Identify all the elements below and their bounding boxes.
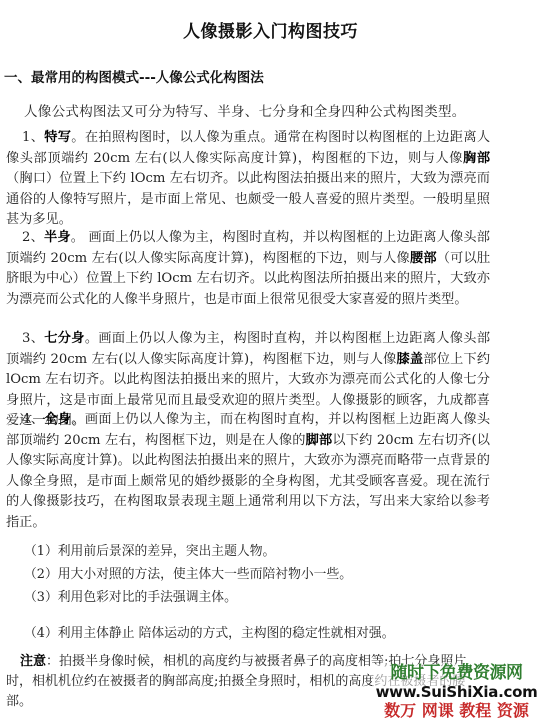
- item-term: 半身: [44, 230, 71, 245]
- intro-paragraph: 人像公式构图法又可分为特写、半身、七分身和全身四种公式构图类型。: [24, 100, 466, 120]
- method-item: （3）利用色彩对比的手法强调主体。: [24, 586, 237, 605]
- item-term: 全身: [44, 412, 71, 427]
- emphasis-text: 腰部: [410, 251, 437, 266]
- method-item: （2）用大小对照的方法，使主体大一些而陪衬物小一些。: [24, 563, 352, 582]
- watermark-tagline: 数万 网课 教程 资源: [372, 701, 541, 720]
- emphasis-text: 脚部: [306, 433, 333, 448]
- method-item: （1）利用前后景深的差异，突出主题人物。: [24, 540, 275, 559]
- paragraph-text: 。在拍照构图时，以人像为重点。通常在构图时以构图框的上边距离人像头部顶端约 20…: [6, 130, 490, 166]
- method-item: （4）利用主体静止 陪体运动的方式，主构图的稳定性就相对强。: [24, 622, 395, 641]
- paragraph-half-body: 2、半身。 画面上仍以人像为主，构图时直构，并以构图框的上边距离人像头部顶端约 …: [6, 228, 490, 310]
- watermark-site-name: 随时下免费资源网: [372, 664, 541, 683]
- item-term: 特写: [44, 130, 71, 145]
- item-number: 2、: [22, 230, 44, 245]
- item-number: 3、: [22, 331, 44, 346]
- emphasis-text: 胸部: [463, 151, 490, 166]
- item-number: 1、: [22, 130, 44, 145]
- watermark: 随时下免费资源网 www.SuiShiXia.com 数万 网课 教程 资源: [372, 664, 541, 722]
- item-number: 4、: [22, 412, 44, 427]
- item-term: 七分身: [44, 331, 85, 346]
- section-heading: 一、最常用的构图模式---人像公式化构图法: [4, 66, 264, 86]
- document-title: 人像摄影入门构图技巧: [0, 17, 541, 42]
- emphasis-text: 膝盖: [397, 352, 424, 367]
- paragraph-closeup: 1、特写。在拍照构图时，以人像为重点。通常在构图时以构图框的上边距离人像头部顶端…: [6, 128, 490, 231]
- note-label: 注意: [20, 654, 46, 669]
- paragraph-text: （胸口）位置上下约 lOcm 左右切齐。以此构图法拍摄出来的照片，大致为漂亮而通…: [6, 171, 490, 227]
- watermark-url: www.SuiShiXia.com: [372, 683, 541, 701]
- document-page: 人像摄影入门构图技巧 一、最常用的构图模式---人像公式化构图法 人像公式构图法…: [0, 0, 541, 722]
- paragraph-full-body: 4、全身。画面上仍以人像为主，而在构图时直构，并以构图框上边距离人像头部顶端约 …: [6, 410, 490, 534]
